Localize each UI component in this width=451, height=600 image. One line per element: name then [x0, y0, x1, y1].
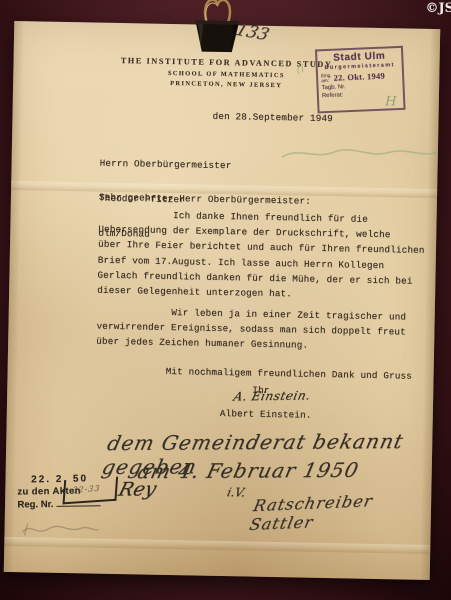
stamp-am-label: am: [321, 78, 332, 83]
handwritten-reg-bracket: 32-33 [63, 477, 119, 505]
clerk-initials: Rey [116, 478, 159, 500]
annotation-iv: i.V. [226, 485, 247, 499]
date-line: den 28.September 1949 [212, 109, 333, 127]
clerk-signature: Ratschreiber Sattler [248, 489, 436, 534]
recipient-title: Herrn Oberbürgermeister [99, 158, 231, 172]
stamp-date: 22. Okt. 1949 [333, 71, 385, 82]
einstein-handwritten-signature: A. Einstein. [232, 388, 312, 403]
museum-photo: ©JS 133 THE INSTITUTE FOR ADVANCED STUDY… [0, 0, 451, 600]
closing-thanks: Mit nochmaligem freundlichen Dank und Gr… [165, 364, 412, 384]
body-paragraph-2: Wir leben ja in einer Zeit tragischer un… [96, 304, 406, 356]
stamp-referat-handwritten: H [385, 94, 397, 109]
letter-paper: 133 THE INSTITUTE FOR ADVANCED STUDY SCH… [4, 21, 440, 580]
handwritten-reg-value: 32-33 [65, 484, 101, 495]
binder-clip-icon [190, 0, 245, 55]
stamp-eingang-labels: Eing. am: [321, 73, 332, 83]
receipt-stamp: Stadt Ulm Bürgermeisteramt Eing. am: 22.… [315, 46, 406, 114]
einstein-typed-signature: Albert Einstein. [220, 406, 312, 423]
body-paragraph-1: Ich danke Ihnen freundlich für dieUebers… [97, 207, 425, 304]
faint-pencil-scribble [280, 142, 442, 167]
green-pencil-mark: (i [296, 62, 305, 76]
annotation-line-2: am 4. Februar 1950 [135, 458, 361, 483]
faint-pencil-signature [18, 519, 102, 541]
stamp-date-row: Eing. am: 22. Okt. 1949 [321, 70, 399, 83]
filing-reg-label: Reg. Nr. [17, 499, 53, 511]
copyright-watermark: ©JS [425, 1, 451, 16]
